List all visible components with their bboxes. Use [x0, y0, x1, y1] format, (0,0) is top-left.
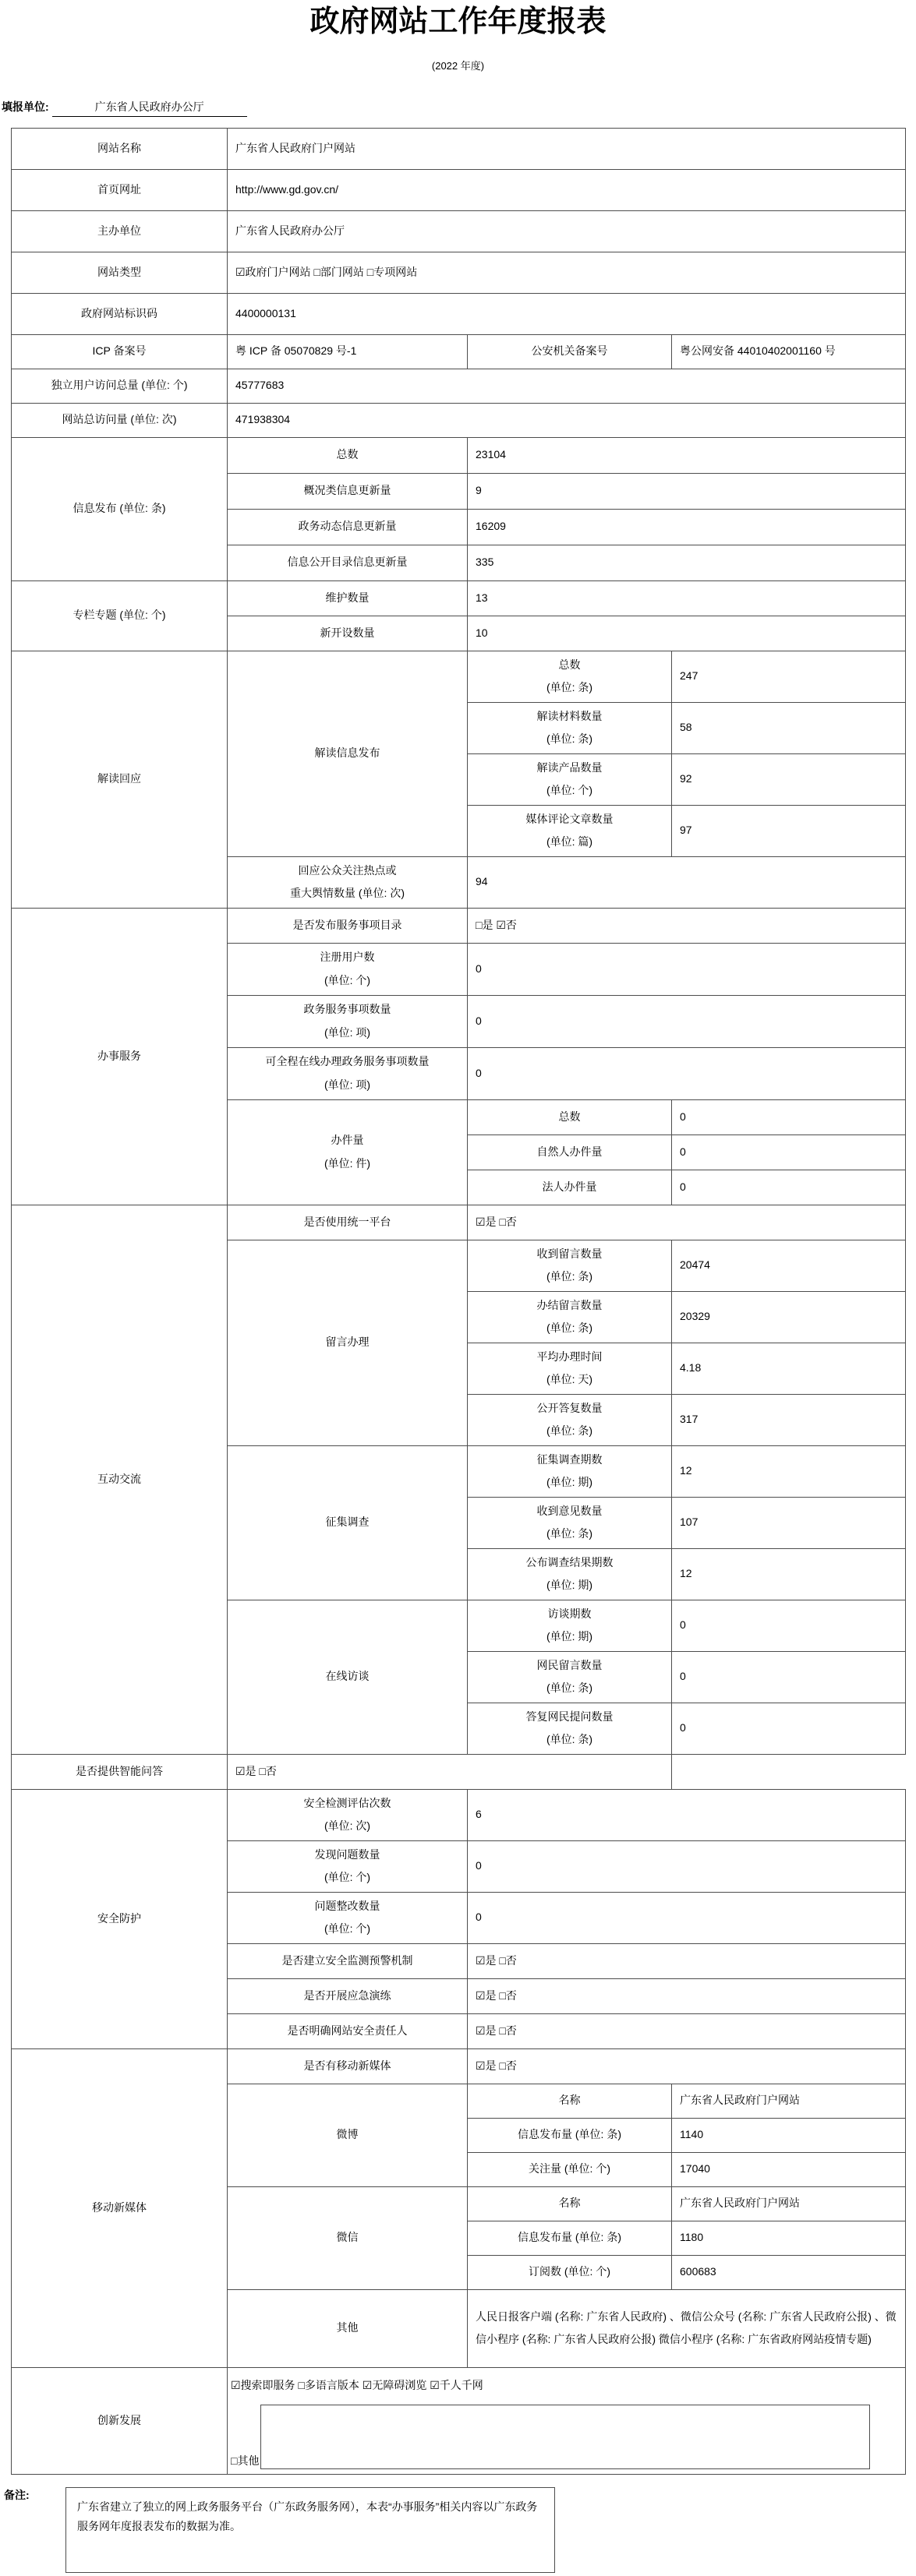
remark-box: 广东省建立了独立的网上政务服务平台（广东政务服务网），本表“办事服务”相关内容以… [65, 2487, 555, 2573]
interpretation-sub-value: 92 [672, 753, 906, 805]
row-site-code: 政府网站标识码4400000131 [12, 293, 906, 334]
police-record-label: 公安机关备案号 [468, 334, 672, 369]
section-innovation-label: 创新发展 [12, 2367, 228, 2474]
interpretation-sub-value: 247 [672, 651, 906, 702]
remark-text: 广东省建立了独立的网上政务服务平台（广东政务服务网），本表“办事服务”相关内容以… [77, 2500, 537, 2532]
interaction-interview-sub-label: 访谈期数 (单位: 期) [468, 1600, 672, 1651]
interpretation-sub-value: 97 [672, 805, 906, 856]
interaction-unified-platform-value: ☑是 □否 [468, 1205, 906, 1240]
services-sub-value: 0 [468, 995, 906, 1047]
police-record-value: 粤公网安备 44010402001160 号 [672, 334, 906, 369]
interpretation-sub-label: 解读材料数量 (单位: 条) [468, 702, 672, 753]
section-new-media-label: 移动新媒体 [12, 2048, 228, 2367]
section-security-label: 安全防护 [12, 1789, 228, 2048]
interaction-survey-sub-value: 107 [672, 1497, 906, 1548]
interaction-interview-sub-value: 0 [672, 1600, 906, 1651]
security-sub-value: 0 [468, 1840, 906, 1892]
icp-label: ICP 备案号 [12, 334, 228, 369]
interaction-interview-sub-value: 0 [672, 1703, 906, 1754]
interpretation-sub-label: 解读产品数量 (单位: 个) [468, 753, 672, 805]
info-release-sub-label: 政务动态信息更新量 [228, 509, 468, 545]
services-volume-label: 办件量 (单位: 件) [228, 1099, 468, 1205]
interaction-messages-sub-value: 4.18 [672, 1343, 906, 1394]
weibo-sub-label: 信息发布量 (单位: 条) [468, 2118, 672, 2152]
reporting-unit-value: 广东省人民政府办公厅 [52, 99, 247, 117]
unique-visits-label: 独立用户访问总量 (单位: 个) [12, 369, 228, 403]
weibo-sub-label: 名称 [468, 2084, 672, 2118]
services-sub-label: 可全程在线办理政务服务事项数量 (单位: 项) [228, 1047, 468, 1099]
row-interaction: 互动交流是否使用统一平台☑是 □否 [12, 1205, 906, 1240]
section-services-label: 办事服务 [12, 908, 228, 1205]
services-sub-label: 注册用户数 (单位: 个) [228, 943, 468, 995]
interaction-messages-label: 留言办理 [228, 1240, 468, 1445]
security-sub-value: ☑是 □否 [468, 2013, 906, 2048]
site-name-value: 广东省人民政府门户网站 [228, 128, 906, 169]
interaction-messages-sub-value: 20329 [672, 1291, 906, 1343]
new-media-has-value: ☑是 □否 [468, 2048, 906, 2084]
weibo-sub-value: 17040 [672, 2152, 906, 2186]
annual-report-table: 网站名称广东省人民政府门户网站 首页网址http://www.gd.gov.cn… [11, 128, 906, 2475]
total-visits-value: 471938304 [228, 403, 906, 437]
row-services: 办事服务是否发布服务事项目录□是 ☑否 [12, 908, 906, 943]
row-organizer: 主办单位广东省人民政府办公厅 [12, 210, 906, 252]
services-volume-sub-label: 自然人办件量 [468, 1134, 672, 1170]
interaction-interview-label: 在线访谈 [228, 1600, 468, 1754]
wechat-sub-label: 信息发布量 (单位: 条) [468, 2221, 672, 2255]
interpretation-response-label: 回应公众关注热点或 重大舆情数量 (单位: 次) [228, 856, 468, 908]
interpretation-sub-label: 总数 (单位: 条) [468, 651, 672, 702]
section-interpretation-label: 解读回应 [12, 651, 228, 908]
interaction-survey-sub-label: 收到意见数量 (单位: 条) [468, 1497, 672, 1548]
info-release-sub-value: 16209 [468, 509, 906, 545]
interpretation-sub-value: 58 [672, 702, 906, 753]
reporting-unit-line: 填报单位:广东省人民政府办公厅 [2, 99, 916, 117]
innovation-other-line: □其他 [231, 2405, 899, 2469]
columns-topics-sub-label: 新开设数量 [228, 616, 468, 651]
services-volume-sub-label: 总数 [468, 1099, 672, 1134]
page-title: 政府网站工作年度报表 [0, 5, 916, 41]
total-visits-label: 网站总访问量 (单位: 次) [12, 403, 228, 437]
wechat-sub-value: 600683 [672, 2255, 906, 2289]
home-url-value: http://www.gd.gov.cn/ [228, 169, 906, 210]
security-sub-label: 安全检测评估次数 (单位: 次) [228, 1789, 468, 1840]
row-icp: ICP 备案号粤 ICP 备 05070829 号-1公安机关备案号粤公网安备 … [12, 334, 906, 369]
new-media-other-value: 人民日报客户端 (名称: 广东省人民政府) 、微信公众号 (名称: 广东省人民政… [468, 2289, 906, 2367]
services-volume-sub-value: 0 [672, 1134, 906, 1170]
new-media-has-label: 是否有移动新媒体 [228, 2048, 468, 2084]
organizer-value: 广东省人民政府办公厅 [228, 210, 906, 252]
innovation-options: ☑搜索即服务 □多语言版本 ☑无障碍浏览 ☑千人千网 [231, 2374, 899, 2397]
interaction-messages-sub-label: 收到留言数量 (单位: 条) [468, 1240, 672, 1291]
weibo-sub-value: 1140 [672, 2118, 906, 2152]
security-sub-label: 发现问题数量 (单位: 个) [228, 1840, 468, 1892]
site-type-checkboxes: ☑政府门户网站 □部门网站 □专项网站 [228, 252, 906, 293]
interaction-interview-sub-label: 网民留言数量 (单位: 条) [468, 1651, 672, 1703]
site-code-label: 政府网站标识码 [12, 293, 228, 334]
interaction-messages-sub-label: 公开答复数量 (单位: 条) [468, 1394, 672, 1445]
security-sub-value: 6 [468, 1789, 906, 1840]
wechat-sub-label: 订阅数 (单位: 个) [468, 2255, 672, 2289]
interaction-messages-sub-value: 317 [672, 1394, 906, 1445]
row-new-media: 移动新媒体是否有移动新媒体☑是 □否 [12, 2048, 906, 2084]
interaction-messages-sub-label: 平均办理时间 (单位: 天) [468, 1343, 672, 1394]
interaction-survey-sub-label: 公布调查结果期数 (单位: 期) [468, 1548, 672, 1600]
innovation-cell: ☑搜索即服务 □多语言版本 ☑无障碍浏览 ☑千人千网 □其他 [228, 2367, 906, 2474]
services-sub-value: □是 ☑否 [468, 908, 906, 943]
reporting-unit-label: 填报单位: [2, 101, 49, 113]
interaction-survey-label: 征集调查 [228, 1445, 468, 1600]
weibo-sub-value: 广东省人民政府门户网站 [672, 2084, 906, 2118]
innovation-other-checkbox-label: □其他 [231, 2454, 259, 2469]
wechat-sub-label: 名称 [468, 2186, 672, 2221]
row-info-release: 信息发布 (单位: 条)总数23104 [12, 437, 906, 473]
wechat-sub-value: 广东省人民政府门户网站 [672, 2186, 906, 2221]
security-sub-label: 问题整改数量 (单位: 个) [228, 1892, 468, 1943]
services-sub-label: 是否发布服务事项目录 [228, 908, 468, 943]
services-sub-value: 0 [468, 943, 906, 995]
row-interpretation: 解读回应解读信息发布总数 (单位: 条)247 [12, 651, 906, 702]
section-columns-topics-label: 专栏专题 (单位: 个) [12, 580, 228, 651]
site-name-label: 网站名称 [12, 128, 228, 169]
security-sub-label: 是否建立安全监测预警机制 [228, 1943, 468, 1978]
info-release-sub-value: 23104 [468, 437, 906, 473]
row-site-name: 网站名称广东省人民政府门户网站 [12, 128, 906, 169]
organizer-label: 主办单位 [12, 210, 228, 252]
services-sub-label: 政务服务事项数量 (单位: 项) [228, 995, 468, 1047]
interaction-messages-sub-label: 办结留言数量 (单位: 条) [468, 1291, 672, 1343]
section-info-release-label: 信息发布 (单位: 条) [12, 437, 228, 580]
info-release-sub-label: 信息公开目录信息更新量 [228, 545, 468, 580]
interaction-smart-qa-value: ☑是 □否 [228, 1754, 672, 1789]
security-sub-value: ☑是 □否 [468, 1943, 906, 1978]
section-interaction-label: 互动交流 [12, 1205, 228, 1754]
interaction-survey-sub-value: 12 [672, 1548, 906, 1600]
row-site-type: 网站类型☑政府门户网站 □部门网站 □专项网站 [12, 252, 906, 293]
unique-visits-value: 45777683 [228, 369, 906, 403]
wechat-sub-value: 1180 [672, 2221, 906, 2255]
home-url-label: 首页网址 [12, 169, 228, 210]
interaction-messages-sub-value: 20474 [672, 1240, 906, 1291]
new-media-other-label: 其他 [228, 2289, 468, 2367]
info-release-sub-value: 9 [468, 473, 906, 509]
row-columns-topics: 专栏专题 (单位: 个)维护数量13 [12, 580, 906, 616]
interaction-interview-sub-label: 答复网民提问数量 (单位: 条) [468, 1703, 672, 1754]
interpretation-sub-label: 媒体评论文章数量 (单位: 篇) [468, 805, 672, 856]
info-release-sub-label: 概况类信息更新量 [228, 473, 468, 509]
info-release-sub-label: 总数 [228, 437, 468, 473]
services-sub-value: 0 [468, 1047, 906, 1099]
interaction-interview-sub-value: 0 [672, 1651, 906, 1703]
services-volume-sub-value: 0 [672, 1099, 906, 1134]
security-sub-label: 是否明确网站安全责任人 [228, 2013, 468, 2048]
security-sub-label: 是否开展应急演练 [228, 1978, 468, 2013]
row-unique-visits: 独立用户访问总量 (单位: 个)45777683 [12, 369, 906, 403]
remark-section: 备注: 广东省建立了独立的网上政务服务平台（广东政务服务网），本表“办事服务”相… [4, 2487, 916, 2573]
columns-topics-sub-value: 13 [468, 580, 906, 616]
interaction-unified-platform-label: 是否使用统一平台 [228, 1205, 468, 1240]
security-sub-value: 0 [468, 1892, 906, 1943]
columns-topics-sub-value: 10 [468, 616, 906, 651]
security-sub-value: ☑是 □否 [468, 1978, 906, 2013]
columns-topics-sub-label: 维护数量 [228, 580, 468, 616]
icp-value: 粤 ICP 备 05070829 号-1 [228, 334, 468, 369]
site-code-value: 4400000131 [228, 293, 906, 334]
info-release-sub-value: 335 [468, 545, 906, 580]
row-interaction-smart-qa: 是否提供智能问答☑是 □否 [12, 1754, 906, 1789]
interaction-survey-sub-label: 征集调查期数 (单位: 期) [468, 1445, 672, 1497]
wechat-label: 微信 [228, 2186, 468, 2289]
weibo-label: 微博 [228, 2084, 468, 2186]
weibo-sub-label: 关注量 (单位: 个) [468, 2152, 672, 2186]
row-total-visits: 网站总访问量 (单位: 次)471938304 [12, 403, 906, 437]
interpretation-response-value: 94 [468, 856, 906, 908]
row-security: 安全防护安全检测评估次数 (单位: 次)6 [12, 1789, 906, 1840]
row-innovation: 创新发展 ☑搜索即服务 □多语言版本 ☑无障碍浏览 ☑千人千网 □其他 [12, 2367, 906, 2474]
interaction-survey-sub-value: 12 [672, 1445, 906, 1497]
report-year: (2022 年度) [0, 58, 916, 72]
services-volume-sub-value: 0 [672, 1170, 906, 1205]
remark-label: 备注: [4, 2487, 65, 2573]
site-type-label: 网站类型 [12, 252, 228, 293]
services-volume-sub-label: 法人办件量 [468, 1170, 672, 1205]
interaction-smart-qa-label: 是否提供智能问答 [12, 1754, 228, 1789]
innovation-other-input[interactable] [260, 2405, 870, 2469]
interpretation-publish-label: 解读信息发布 [228, 651, 468, 856]
row-home-url: 首页网址http://www.gd.gov.cn/ [12, 169, 906, 210]
